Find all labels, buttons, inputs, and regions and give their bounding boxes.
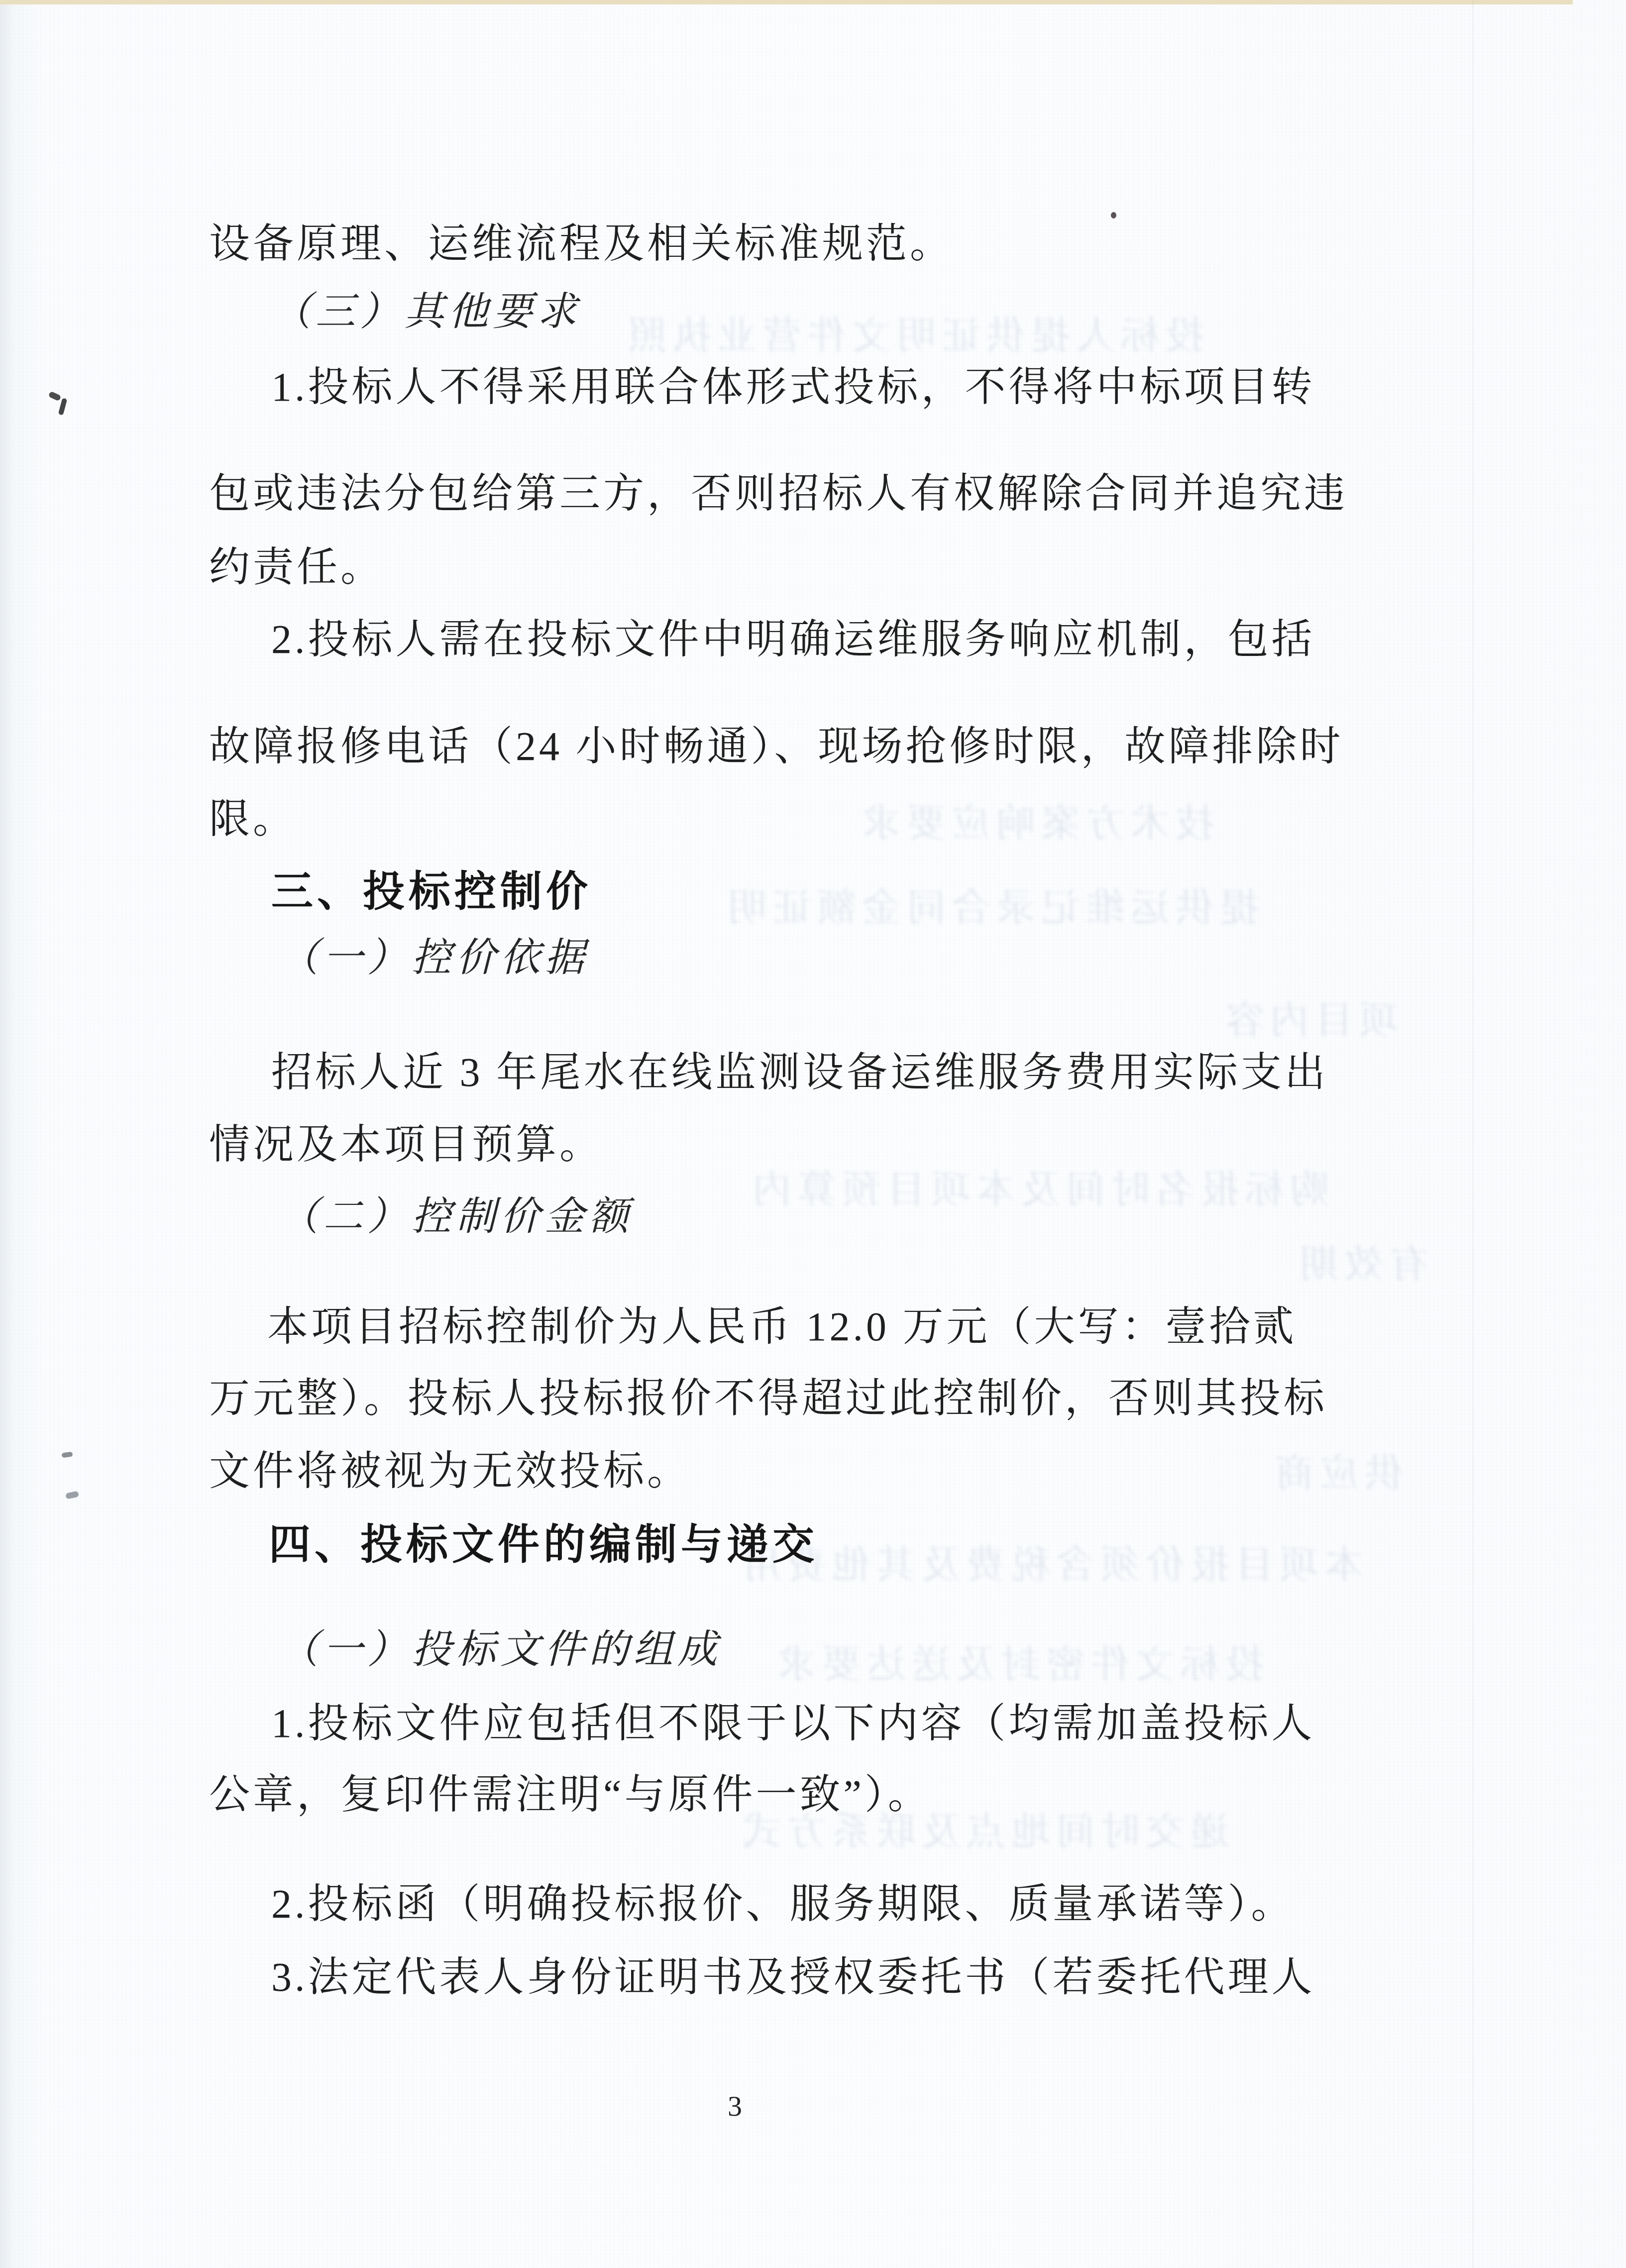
body-line: 2.投标函（明确投标报价、服务期限、质量承诺等）。 — [271, 1882, 1295, 1927]
page-number: 3 — [728, 2089, 742, 2123]
bleedthrough-text: 购标报名时间及本项目预算内 — [747, 1159, 1329, 1214]
ink-speck — [48, 391, 62, 402]
heading-bid-control-price: 三、投标控制价 — [271, 868, 592, 914]
body-line: 本项目招标控制价为人民币 12.0 万元（大写：壹拾贰 — [267, 1304, 1297, 1349]
heading-bid-document-preparation: 四、投标文件的编制与递交 — [269, 1521, 818, 1567]
bleedthrough-text: 供应商 — [1269, 1442, 1404, 1498]
body-line: 1.投标人不得采用联合体形式投标，不得将中标项目转 — [271, 365, 1315, 410]
body-line: 设备原理、运维流程及相关标准规范。 — [209, 221, 954, 266]
bleedthrough-text: 本项目报价须含税费及其他费用 — [737, 1534, 1364, 1590]
bleedthrough-text: 有效期 — [1294, 1233, 1428, 1289]
body-line: 限。 — [209, 797, 297, 842]
scan-fold-line — [1472, 0, 1473, 2268]
bleedthrough-text: 投标人提供证明文件营业执照 — [622, 305, 1204, 360]
body-line: 故障报修电话（24 小时畅通）、现场抢修时限，故障排除时 — [209, 724, 1344, 769]
body-line: 包或违法分包给第三方，否则招标人有权解除合同并追究违 — [209, 471, 1348, 516]
bleedthrough-text: 技术方案响应要求 — [856, 792, 1214, 848]
body-line: 1.投标文件应包括但不限于以下内容（均需加盖投标人 — [271, 1701, 1315, 1746]
body-line: 2.投标人需在投标文件中明确运维服务响应机制，包括 — [271, 617, 1315, 662]
ink-speck — [1111, 212, 1116, 218]
body-line: 3.法定代表人身份证明书及授权委托书（若委托代理人 — [271, 1955, 1315, 2000]
body-line: 招标人近 3 年尾水在线监测设备运维服务费用实际支出 — [271, 1050, 1328, 1095]
ink-speck — [65, 1491, 79, 1499]
subheading-price-basis: （一）控价依据 — [279, 936, 589, 980]
subheading-other-requirements: （三）其他要求 — [271, 290, 581, 334]
ink-speck — [61, 1452, 73, 1458]
body-line: 文件将被视为无效投标。 — [209, 1449, 691, 1494]
scan-edge-top — [0, 0, 1573, 4]
bleedthrough-text: 投标文件密封及送达要求 — [771, 1633, 1264, 1689]
subheading-bid-document-composition: （一）投标文件的组成 — [279, 1628, 722, 1672]
body-line: 情况及本项目预算。 — [209, 1122, 603, 1167]
subheading-control-price-amount: （二）控制价金额 — [279, 1195, 633, 1239]
body-line: 万元整）。投标人投标报价不得超过此控制价，否则其投标 — [209, 1376, 1327, 1421]
bleedthrough-text: 提供运维记录合同金额证明 — [722, 877, 1259, 933]
ink-speck — [58, 398, 67, 415]
bleedthrough-text: 项目内容 — [1219, 989, 1399, 1045]
body-line: 公章，复印件需注明“与原件一致”）。 — [209, 1772, 932, 1817]
scanned-document-page: 投标人提供证明文件营业执照 技术方案响应要求 提供运维记录合同金额证明 项目内容… — [0, 0, 1626, 2268]
body-line: 约责任。 — [209, 545, 384, 590]
